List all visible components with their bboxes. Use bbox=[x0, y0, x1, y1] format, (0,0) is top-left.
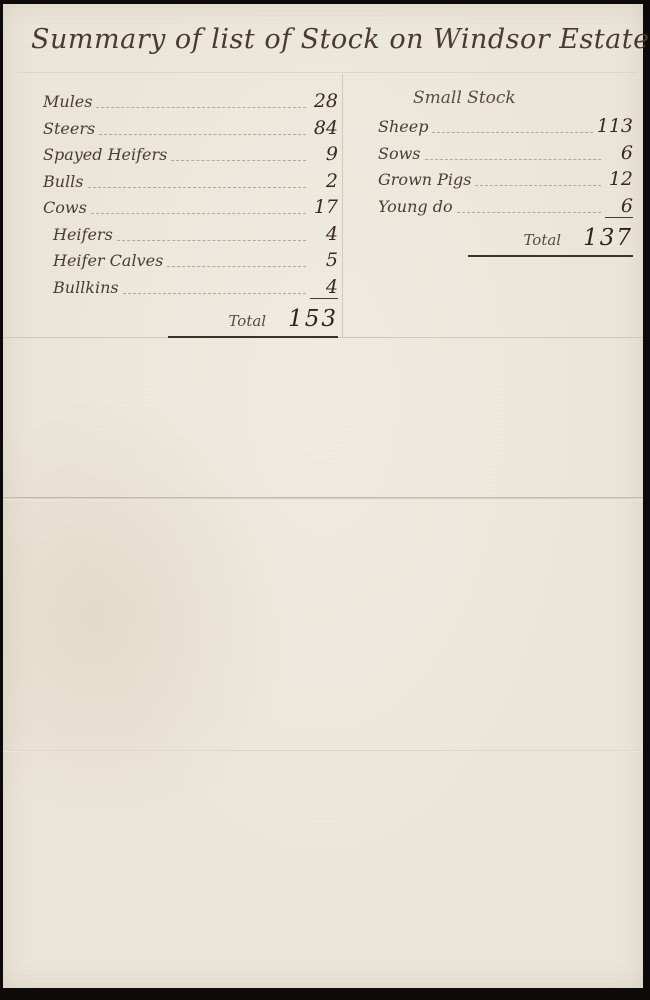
list-item: Heifers 4 bbox=[43, 223, 338, 250]
total-row: Total 153 bbox=[43, 306, 338, 336]
leader-dots bbox=[171, 159, 306, 161]
total-underline bbox=[168, 336, 338, 338]
small-stock-list: Small Stock Sheep 113 Sows 6 Grown Pigs … bbox=[378, 88, 633, 257]
list-item: Steers 84 bbox=[43, 117, 338, 144]
total-underline bbox=[468, 255, 633, 257]
item-label: Spayed Heifers bbox=[43, 145, 167, 164]
item-label: Bullkins bbox=[53, 278, 119, 297]
leader-dots bbox=[96, 106, 306, 108]
item-count: 4 bbox=[310, 276, 338, 299]
item-count: 5 bbox=[310, 249, 338, 271]
title-text: Summary of list of Stock on Windsor Esta… bbox=[31, 24, 650, 55]
leader-dots bbox=[457, 211, 601, 213]
list-item: Sows 6 bbox=[378, 142, 633, 169]
item-label: Steers bbox=[43, 119, 95, 138]
item-label: Mules bbox=[43, 92, 92, 111]
list-item: Heifer Calves 5 bbox=[43, 249, 338, 276]
leader-dots bbox=[425, 158, 602, 160]
list-item: Mules 28 bbox=[43, 90, 338, 117]
item-count: 9 bbox=[310, 143, 338, 165]
leader-dots bbox=[475, 184, 601, 186]
item-count: 4 bbox=[310, 223, 338, 245]
document-page: Summary of list of Stock on Windsor Esta… bbox=[3, 4, 643, 988]
total-value: 153 bbox=[288, 306, 338, 332]
fold-line bbox=[3, 497, 643, 500]
total-row: Total 137 bbox=[378, 225, 633, 255]
column-divider bbox=[342, 74, 343, 338]
leader-dots bbox=[91, 212, 306, 214]
item-count: 6 bbox=[605, 195, 633, 218]
item-label: Grown Pigs bbox=[378, 170, 471, 189]
leader-dots bbox=[123, 292, 306, 294]
list-item: Young do 6 bbox=[378, 195, 633, 222]
header-rule bbox=[17, 72, 637, 73]
total-value: 137 bbox=[583, 225, 633, 251]
leader-dots bbox=[167, 265, 306, 267]
small-stock-heading: Small Stock bbox=[413, 88, 633, 115]
list-item: Sheep 113 bbox=[378, 115, 633, 142]
total-label: Total bbox=[228, 312, 266, 330]
item-count: 113 bbox=[597, 115, 633, 137]
item-label: Heifer Calves bbox=[53, 251, 163, 270]
item-count: 17 bbox=[310, 196, 338, 218]
item-count: 6 bbox=[605, 142, 633, 164]
list-item: Bulls 2 bbox=[43, 170, 338, 197]
fold-line bbox=[3, 750, 643, 752]
item-count: 84 bbox=[310, 117, 338, 139]
total-label: Total bbox=[523, 231, 561, 249]
large-stock-list: Mules 28 Steers 84 Spayed Heifers 9 Bull… bbox=[43, 90, 338, 338]
item-label: Bulls bbox=[43, 172, 84, 191]
item-label: Cows bbox=[43, 198, 87, 217]
item-label: Sheep bbox=[378, 117, 428, 136]
item-label: Heifers bbox=[53, 225, 113, 244]
list-item: Bullkins 4 bbox=[43, 276, 338, 303]
item-label: Sows bbox=[378, 144, 421, 163]
list-item: Grown Pigs 12 bbox=[378, 168, 633, 195]
item-label: Young do bbox=[378, 197, 453, 216]
leader-dots bbox=[99, 133, 306, 135]
leader-dots bbox=[117, 239, 306, 241]
item-count: 28 bbox=[310, 90, 338, 112]
item-count: 12 bbox=[605, 168, 633, 190]
leader-dots bbox=[432, 131, 592, 133]
list-item: Cows 17 bbox=[43, 196, 338, 223]
leader-dots bbox=[88, 186, 306, 188]
document-title: Summary of list of Stock on Windsor Esta… bbox=[31, 24, 650, 55]
item-count: 2 bbox=[310, 170, 338, 192]
list-item: Spayed Heifers 9 bbox=[43, 143, 338, 170]
